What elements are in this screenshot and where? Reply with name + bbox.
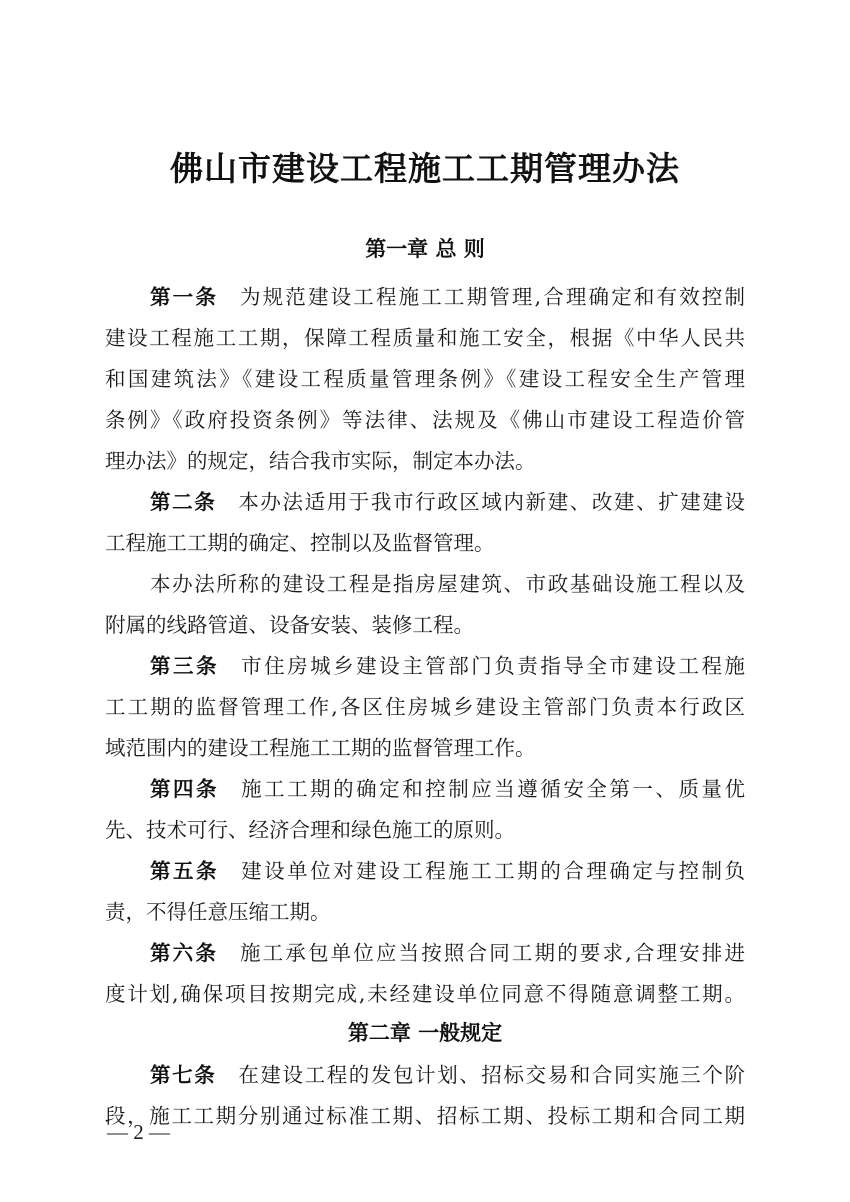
article-1-line-1: 第一条为规范建设工程施工工期管理,合理确定和有效控制 bbox=[150, 282, 745, 312]
article-5-line-2: 责，不得任意压缩工期。 bbox=[105, 897, 745, 927]
article-4-line-1: 第四条施工工期的确定和控制应当遵循安全第一、质量优 bbox=[150, 774, 745, 804]
article-2-para-2-line-2: 附属的线路管道、设备安装、装修工程。 bbox=[105, 610, 745, 640]
chapter-heading-2: 第二章 一般规定 bbox=[0, 1018, 850, 1048]
page-number: — 2 — bbox=[107, 1117, 170, 1147]
article-7-line-2: 段，施工工期分别通过标准工期、招标工期、投标工期和合同工期 bbox=[105, 1101, 745, 1131]
article-5-line-1: 第五条建设单位对建设工程施工工期的合理确定与控制负 bbox=[150, 856, 745, 886]
article-label: 第四条 bbox=[150, 777, 219, 801]
article-1-line-2: 建设工程施工工期，保障工程质量和施工安全，根据《中华人民共 bbox=[105, 323, 745, 353]
article-2-line-2: 工程施工工期的确定、控制以及监督管理。 bbox=[105, 528, 745, 558]
article-6-line-1: 第六条施工承包单位应当按照合同工期的要求,合理安排进 bbox=[150, 938, 745, 968]
article-3-line-1: 第三条市住房城乡建设主管部门负责指导全市建设工程施 bbox=[150, 651, 745, 681]
article-label: 第三条 bbox=[150, 654, 219, 678]
article-label: 第二条 bbox=[150, 490, 216, 514]
document-title: 佛山市建设工程施工工期管理办法 bbox=[0, 147, 850, 191]
document-page: 佛山市建设工程施工工期管理办法 第一章 总 则 第一条为规范建设工程施工工期管理… bbox=[0, 0, 850, 1202]
article-6-line-2: 度计划,确保项目按期完成,未经建设单位同意不得随意调整工期。 bbox=[105, 979, 745, 1009]
article-label: 第五条 bbox=[150, 859, 219, 883]
article-2-line-1: 第二条本办法适用于我市行政区域内新建、改建、扩建建设 bbox=[150, 487, 745, 517]
article-1-line-5: 理办法》的规定，结合我市实际，制定本办法。 bbox=[105, 446, 745, 476]
chapter-heading-1: 第一章 总 则 bbox=[0, 234, 850, 264]
article-1-line-4: 条例》《政府投资条例》等法律、法规及《佛山市建设工程造价管 bbox=[105, 405, 745, 435]
article-1-line-3: 和国建筑法》《建设工程质量管理条例》《建设工程安全生产管理 bbox=[105, 364, 745, 394]
article-label: 第六条 bbox=[150, 941, 218, 965]
article-3-line-3: 域范围内的建设工程施工工期的监督管理工作。 bbox=[105, 733, 745, 763]
article-7-line-1: 第七条在建设工程的发包计划、招标交易和合同实施三个阶 bbox=[150, 1060, 745, 1090]
article-3-line-2: 工工期的监督管理工作,各区住房城乡建设主管部门负责本行政区 bbox=[105, 692, 745, 722]
article-label: 第一条 bbox=[150, 285, 218, 309]
article-label: 第七条 bbox=[150, 1063, 216, 1087]
article-2-para-2-line-1: 本办法所称的建设工程是指房屋建筑、市政基础设施工程以及 bbox=[150, 569, 745, 599]
article-4-line-2: 先、技术可行、经济合理和绿色施工的原则。 bbox=[105, 815, 745, 845]
